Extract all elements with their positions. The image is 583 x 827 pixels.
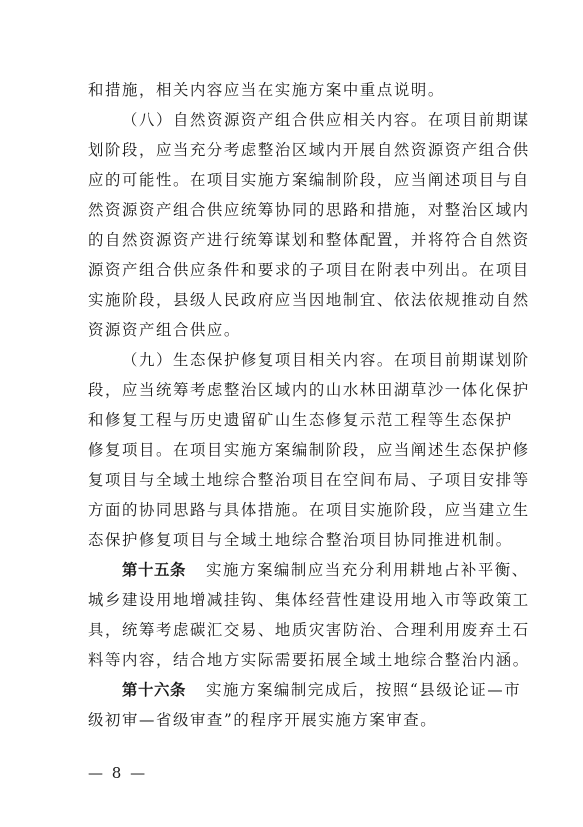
paragraph-line: 资源资产组合供应。	[88, 319, 498, 341]
paragraph-line: 级初审—省级审查”的程序开展实施方案审查。	[88, 709, 498, 731]
article-15-heading: 第十五条	[122, 561, 186, 579]
paragraph-line: 划阶段，应当充分考虑整治区域内开展自然资源资产组合供	[88, 139, 498, 161]
item-9-heading-line: （九）生态保护修复项目相关内容。在项目前期谋划阶	[122, 349, 498, 371]
article-16-heading: 第十六条	[122, 681, 186, 699]
article-15-first-line: 第十五条实施方案编制应当充分利用耕地占补平衡、	[122, 559, 498, 581]
paragraph-line: 然资源资产组合供应统筹协同的思路和措施，对整治区域内	[88, 199, 498, 221]
article-16-first-line: 第十六条实施方案编制完成后，按照“县级论证—市	[122, 679, 498, 701]
paragraph-line: 实施阶段，县级人民政府应当因地制宜、依法依规推动自然	[88, 289, 498, 311]
paragraph-line: 修复项目。在项目实施方案编制阶段，应当阐述生态保护修	[88, 439, 498, 461]
paragraph-line: 和措施，相关内容应当在实施方案中重点说明。	[88, 79, 498, 101]
paragraph-line: 应的可能性。在项目实施方案编制阶段，应当阐述项目与自	[88, 169, 498, 191]
paragraph-line: 料等内容，结合地方实际需要拓展全域土地综合整治内涵。	[88, 649, 498, 671]
paragraph-line: 和修复工程与历史遗留矿山生态修复示范工程等生态保护	[88, 409, 498, 431]
paragraph-line: 段，应当统筹考虑整治区域内的山水林田湖草沙一体化保护	[88, 379, 498, 401]
article-16-text: 实施方案编制完成后，按照“县级论证—市	[206, 681, 521, 699]
paragraph-line: 态保护修复项目与全域土地综合整治项目协同推进机制。	[88, 529, 498, 551]
paragraph-line: 复项目与全域土地综合整治项目在空间布局、子项目安排等	[88, 469, 498, 491]
paragraph-line: 具，统筹考虑碳汇交易、地质灾害防治、合理利用废弃土石	[88, 619, 498, 641]
paragraph-line: 方面的协同思路与具体措施。在项目实施阶段，应当建立生	[88, 499, 498, 521]
article-15-text: 实施方案编制应当充分利用耕地占补平衡、	[206, 561, 529, 579]
item-8-heading-line: （八）自然资源资产组合供应相关内容。在项目前期谋	[122, 109, 498, 131]
paragraph-line: 的自然资源资产进行统筹谋划和整体配置，并将符合自然资	[88, 229, 498, 251]
page-number: — 8 —	[88, 762, 147, 784]
document-page: 和措施，相关内容应当在实施方案中重点说明。 （八）自然资源资产组合供应相关内容。…	[0, 0, 583, 827]
paragraph-line: 城乡建设用地增减挂钩、集体经营性建设用地入市等政策工	[88, 589, 498, 611]
paragraph-line: 源资产组合供应条件和要求的子项目在附表中列出。在项目	[88, 259, 498, 281]
